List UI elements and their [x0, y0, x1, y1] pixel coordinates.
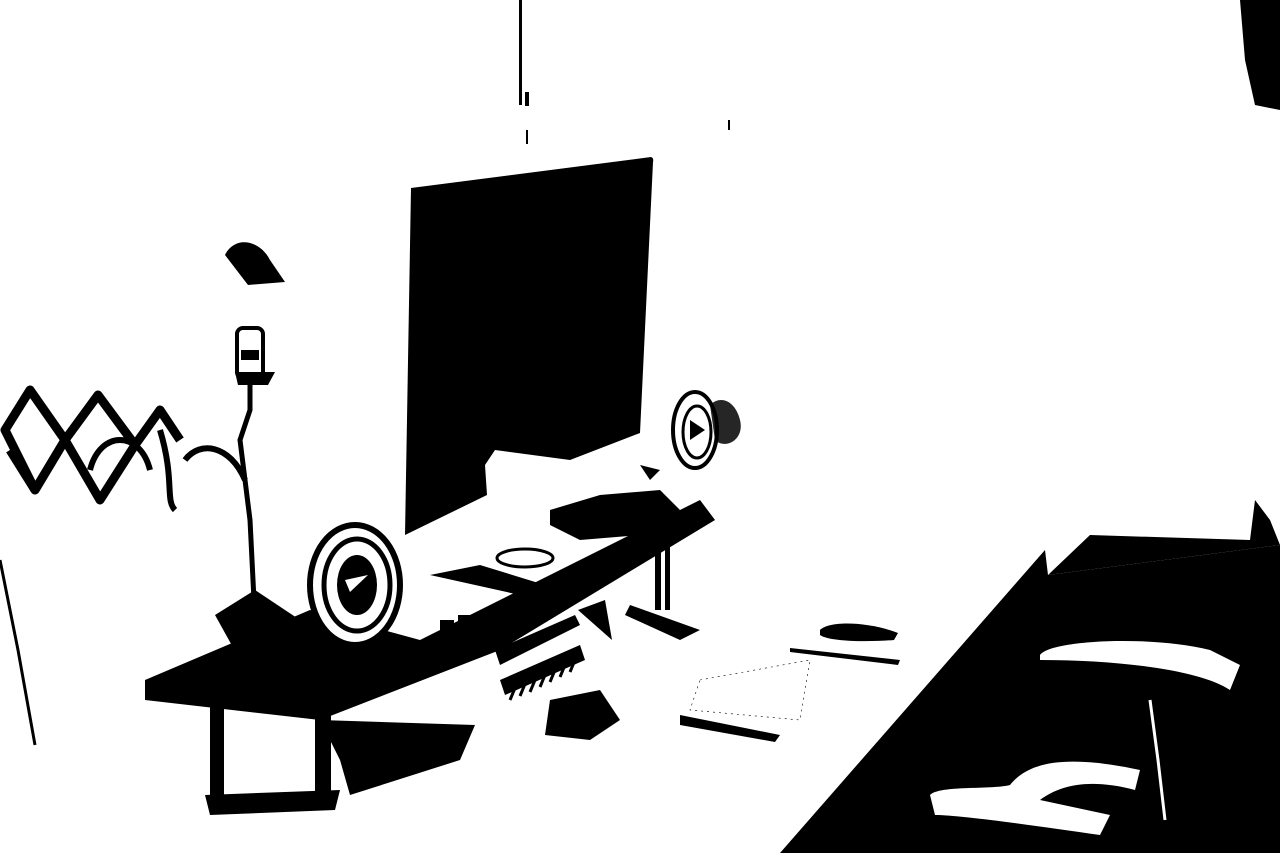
desk-photo: [0, 0, 1280, 853]
right-speaker: [673, 392, 717, 468]
left-speaker: [310, 525, 400, 645]
